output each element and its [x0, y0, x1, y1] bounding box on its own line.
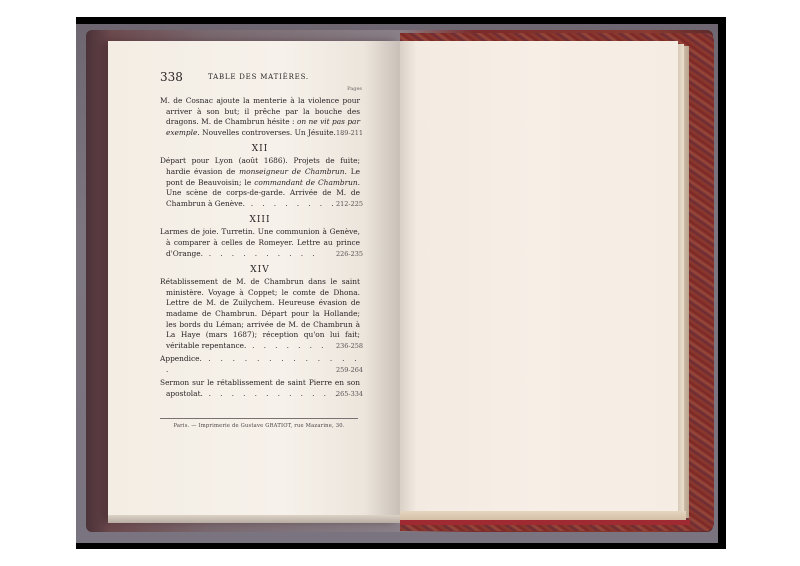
- section-heading: XII: [160, 144, 360, 154]
- section-heading: XIV: [160, 265, 360, 275]
- toc-entry: Rétablissement de M. de Chambrun dans le…: [160, 277, 360, 351]
- toc-entry: Sermon sur le rétablissement de saint Pi…: [160, 378, 360, 399]
- right-page-blank: [400, 41, 678, 511]
- left-page-edge: [108, 515, 400, 523]
- printer-imprint: Paris. — Imprimerie de Gustave GRATIOT, …: [160, 423, 358, 429]
- entry-text: Rétablissement de M. de Chambrun dans le…: [160, 277, 360, 350]
- toc-entry: M. de Cosnac ajoute la menterie à la vio…: [160, 96, 360, 138]
- leader-dots: . . . . . . . .: [245, 199, 337, 208]
- page-range: 212-225: [336, 199, 363, 210]
- page-header: 338 TABLE DES MATIÈRES. Pages: [160, 70, 360, 84]
- page-range: 226-235: [336, 249, 363, 260]
- running-title: TABLE DES MATIÈRES.: [208, 73, 309, 81]
- toc-entry: Appendice. . . . . . . . . . . . . . . 2…: [160, 354, 360, 375]
- toc-body: M. de Cosnac ajoute la menterie à la vio…: [160, 96, 360, 403]
- page-range: 265-334: [336, 389, 363, 400]
- leader-dots: . . . . . . .: [246, 341, 327, 350]
- page-number: 338: [160, 70, 183, 84]
- italic-text: monseigneur de Chambrun: [239, 167, 344, 176]
- table-of-contents: 338 TABLE DES MATIÈRES. Pages M. de Cosn…: [160, 70, 360, 403]
- page-range: 189-211: [336, 128, 363, 139]
- pages-column-label: Pages: [347, 86, 362, 92]
- leader-dots: . . . . . . . . . .: [203, 249, 318, 258]
- right-page-bottom-edge: [400, 511, 686, 520]
- footer-rule: [160, 418, 358, 419]
- section-heading: XIII: [160, 215, 360, 225]
- page-range: 236-258: [336, 341, 363, 352]
- entry-text: . Nouvelles controverses. Un Jésuite.: [197, 128, 336, 137]
- page-range: 259-264: [336, 365, 363, 376]
- toc-entry: Départ pour Lyon (août 1686). Projets de…: [160, 156, 360, 209]
- right-page-edge-outer: [684, 46, 689, 518]
- cover-bottom-edge: [400, 520, 690, 525]
- toc-entry: Larmes de joie. Turretin. Une communion …: [160, 227, 360, 259]
- leader-dots: . . . . . . . . . . . .: [203, 389, 341, 398]
- entry-text: Appendice.: [160, 354, 202, 363]
- italic-text: commandant de Chambrun: [254, 178, 357, 187]
